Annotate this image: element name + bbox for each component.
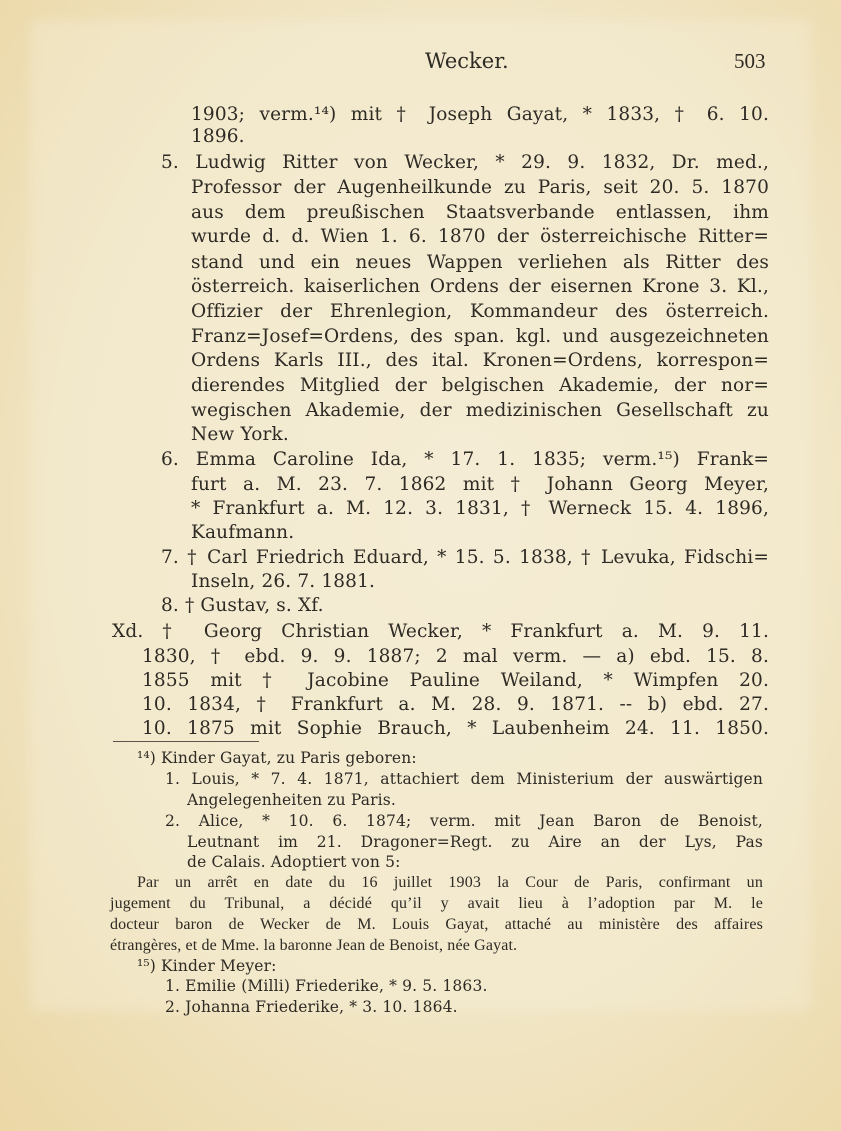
body-line: Ordens Karls III., des ital. Kronen=Orde… <box>191 350 769 371</box>
body-line: 1830, † ebd. 9. 9. 1887; 2 mal verm. — a… <box>142 646 769 667</box>
footnote-line: de Calais. Adoptiert von 5: <box>187 853 401 871</box>
body-line: wurde d. d. Wien 1. 6. 1870 der österrei… <box>191 226 769 247</box>
footnote-line: 1. Louis, * 7. 4. 1871, attachiert dem M… <box>165 770 763 788</box>
list-item-6: 6. Emma Caroline Ida, * 17. 1. 1835; ver… <box>161 449 769 470</box>
footnote-15-heading: ¹⁵) Kinder Meyer: <box>137 957 277 975</box>
body-line: dierendes Mitglied der belgischen Akadem… <box>191 375 769 396</box>
body-line: * Frankfurt a. M. 12. 3. 1831, † Werneck… <box>191 498 769 519</box>
footnote-line: Angelegenheiten zu Paris. <box>187 791 396 809</box>
running-title: Wecker. <box>425 49 509 73</box>
footnote-line: 1. Emilie (Milli) Friederike, * 9. 5. 18… <box>165 977 488 995</box>
body-line: Kaufmann. <box>191 522 294 543</box>
footnote-14-heading: ¹⁴) Kinder Gayat, zu Paris geboren: <box>137 749 417 767</box>
body-line: stand und ein neues Wappen verliehen als… <box>191 252 769 273</box>
body-line: 1896. <box>191 126 245 147</box>
body-line: österreich. kaiserlichen Ordens der eise… <box>191 276 769 297</box>
french-quote-line: Par un arrêt en date du 16 juillet 1903 … <box>137 874 763 892</box>
body-line: furt a. M. 23. 7. 1862 mit † Johann Geor… <box>191 474 769 495</box>
footnote-line: 2. Johanna Friederike, * 3. 10. 1864. <box>165 998 458 1016</box>
body-line: aus dem preußischen Staatsverbande entla… <box>191 202 769 223</box>
list-item-7: 7. † Carl Friedrich Eduard, * 15. 5. 183… <box>161 547 769 568</box>
list-item-5: 5. Ludwig Ritter von Wecker, * 29. 9. 18… <box>161 152 769 173</box>
book-page: Wecker. 503 1903; verm.¹⁴) mit † Joseph … <box>0 0 841 1131</box>
body-line: 1855 mit † Jacobine Pauline Weiland, * W… <box>142 670 769 691</box>
body-line: wegischen Akademie, der medizinischen Ge… <box>191 400 769 421</box>
body-line: Professor der Augenheilkunde zu Paris, s… <box>191 177 769 198</box>
footnote-line: Leutnant im 21. Dragoner=Regt. zu Aire a… <box>187 833 763 851</box>
page-number: 503 <box>734 49 766 74</box>
body-line: Franz=Josef=Ordens, des span. kgl. und a… <box>191 326 769 347</box>
list-item-8: 8. † Gustav, s. Xf. <box>161 595 324 616</box>
body-line: Offizier der Ehrenlegion, Kommandeur des… <box>191 301 769 322</box>
french-quote-line: jugement du Tribunal, a décidé qu’il y a… <box>110 895 763 913</box>
body-line: New York. <box>191 424 289 445</box>
body-line: Inseln, 26. 7. 1881. <box>191 571 375 592</box>
french-quote-line: étrangères, et de Mme. la baronne Jean d… <box>110 937 517 955</box>
body-line: 1903; verm.¹⁴) mit † Joseph Gayat, * 183… <box>191 104 769 125</box>
section-xd: Xd. † Georg Christian Wecker, * Frankfur… <box>112 621 769 642</box>
body-line: 10. 1834, † Frankfurt a. M. 28. 9. 1871.… <box>142 694 769 715</box>
footnote-rule <box>113 741 259 742</box>
footnote-line: 2. Alice, * 10. 6. 1874; verm. mit Jean … <box>165 812 763 830</box>
body-line: 10. 1875 mit Sophie Brauch, * Laubenheim… <box>142 718 769 739</box>
french-quote-line: docteur baron de Wecker de M. Louis Gaya… <box>110 916 763 934</box>
